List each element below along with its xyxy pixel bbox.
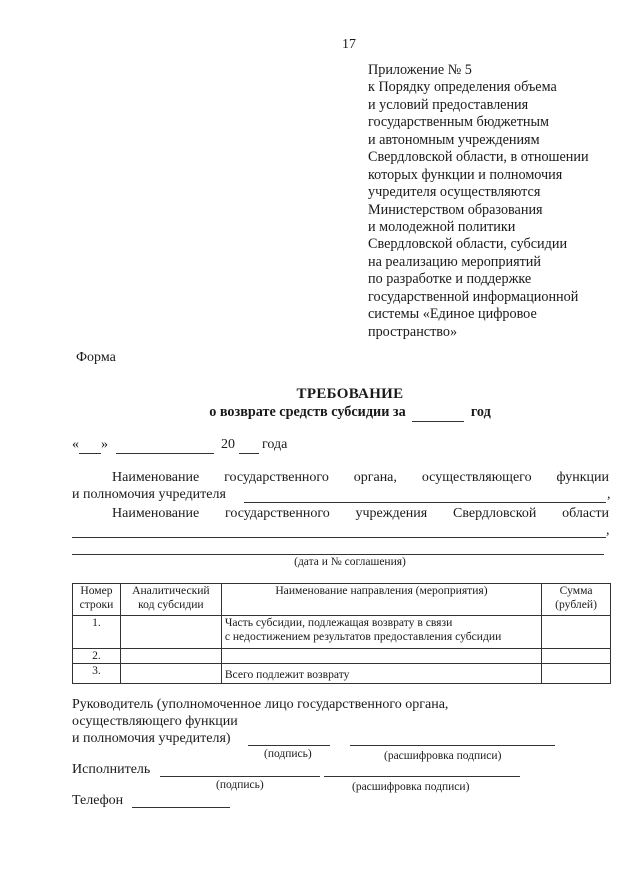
appendix-line: которых функции и полномочия: [368, 167, 589, 184]
head-label-line1: Руководитель (уполномоченное лицо госуда…: [72, 697, 448, 713]
header-analytic-code: Аналитический код субсидии: [120, 584, 221, 616]
appendix-line: и молодежной политики: [368, 219, 589, 236]
row-number: 2.: [73, 649, 121, 664]
header-sum: Сумма (рублей): [542, 584, 611, 616]
direction-name-cell: Часть субсидии, подлежащая возврату в св…: [221, 616, 541, 649]
institution-label-line: Наименование государственного учреждения…: [112, 506, 609, 522]
analytic-code-cell[interactable]: [120, 649, 221, 664]
return-table: Номер строки Аналитический код субсидии …: [72, 583, 611, 684]
appendix-line: Свердловской области, субсидии: [368, 236, 589, 253]
appendix-line: государственной информационной: [368, 289, 589, 306]
head-label-line2: осуществляющего функции: [72, 714, 238, 730]
row-number: 1.: [73, 616, 121, 649]
analytic-code-cell[interactable]: [120, 616, 221, 649]
appendix-line: и автономным учреждениям: [368, 132, 589, 149]
sum-cell[interactable]: [542, 616, 611, 649]
appendix-line: Свердловской области, в отношении: [368, 149, 589, 166]
sum-cell[interactable]: [542, 649, 611, 664]
head-decoding-caption: (расшифровка подписи): [384, 750, 501, 762]
appendix-line: Приложение № 5: [368, 62, 589, 79]
appendix-block: Приложение № 5 к Порядку определения объ…: [368, 62, 589, 341]
form-label: Форма: [76, 350, 116, 366]
phone-field[interactable]: [132, 807, 230, 808]
page-number: 17: [342, 37, 356, 53]
appendix-line: системы «Единое цифровое: [368, 306, 589, 323]
executor-signature-field[interactable]: [160, 776, 320, 777]
appendix-line: Министерством образования: [368, 202, 589, 219]
head-label-line3: и полномочия учредителя): [72, 731, 231, 747]
row-number: 3.: [73, 664, 121, 684]
head-signature-caption: (подпись): [264, 748, 312, 760]
table-row: 2.: [73, 649, 611, 664]
subtitle-year-word: год: [471, 404, 491, 420]
appendix-line: учредителя осуществляются: [368, 184, 589, 201]
executor-decoding-field[interactable]: [324, 776, 520, 777]
appendix-line: и условий предоставления: [368, 97, 589, 114]
direction-name-cell[interactable]: [221, 649, 541, 664]
organ-label-line2: и полномочия учредителя: [72, 487, 226, 503]
table-row: 1. Часть субсидии, подлежащая возврату в…: [73, 616, 611, 649]
agreement-caption: (дата и № соглашения): [0, 556, 640, 568]
appendix-line: пространство»: [368, 324, 589, 341]
header-row-number: Номер строки: [73, 584, 121, 616]
analytic-code-cell[interactable]: [120, 664, 221, 684]
appendix-line: к Порядку определения объема: [368, 79, 589, 96]
appendix-line: по разработке и поддержке: [368, 271, 589, 288]
executor-decoding-caption: (расшифровка подписи): [352, 781, 469, 793]
table-row: 3. Всего подлежит возврату: [73, 664, 611, 684]
agreement-field[interactable]: [72, 554, 604, 555]
head-decoding-field[interactable]: [350, 745, 555, 746]
document-title: ТРЕБОВАНИЕ: [0, 386, 640, 403]
date-line: « » 20 года: [72, 437, 287, 454]
header-direction-name: Наименование направления (мероприятия): [221, 584, 541, 616]
direction-name-cell: Всего подлежит возврату: [221, 664, 541, 684]
document-subtitle: о возврате средств субсидии за год: [0, 404, 640, 422]
appendix-line: на реализацию мероприятий: [368, 254, 589, 271]
year-suffix-field[interactable]: [239, 437, 259, 454]
institution-name-field[interactable]: [72, 537, 606, 538]
organ-label-line: Наименование государственного органа, ос…: [112, 470, 609, 486]
sum-cell[interactable]: [542, 664, 611, 684]
subtitle-text: о возврате средств субсидии за: [209, 404, 406, 420]
table-header-row: Номер строки Аналитический код субсидии …: [73, 584, 611, 616]
appendix-line: государственным бюджетным: [368, 114, 589, 131]
year-field[interactable]: [412, 404, 464, 422]
day-field[interactable]: [79, 437, 101, 454]
phone-label: Телефон: [72, 793, 123, 809]
executor-label: Исполнитель: [72, 762, 150, 778]
month-field[interactable]: [116, 437, 214, 454]
organ-name-field[interactable]: [244, 502, 606, 503]
executor-signature-caption: (подпись): [216, 779, 264, 791]
head-signature-field[interactable]: [248, 745, 330, 746]
